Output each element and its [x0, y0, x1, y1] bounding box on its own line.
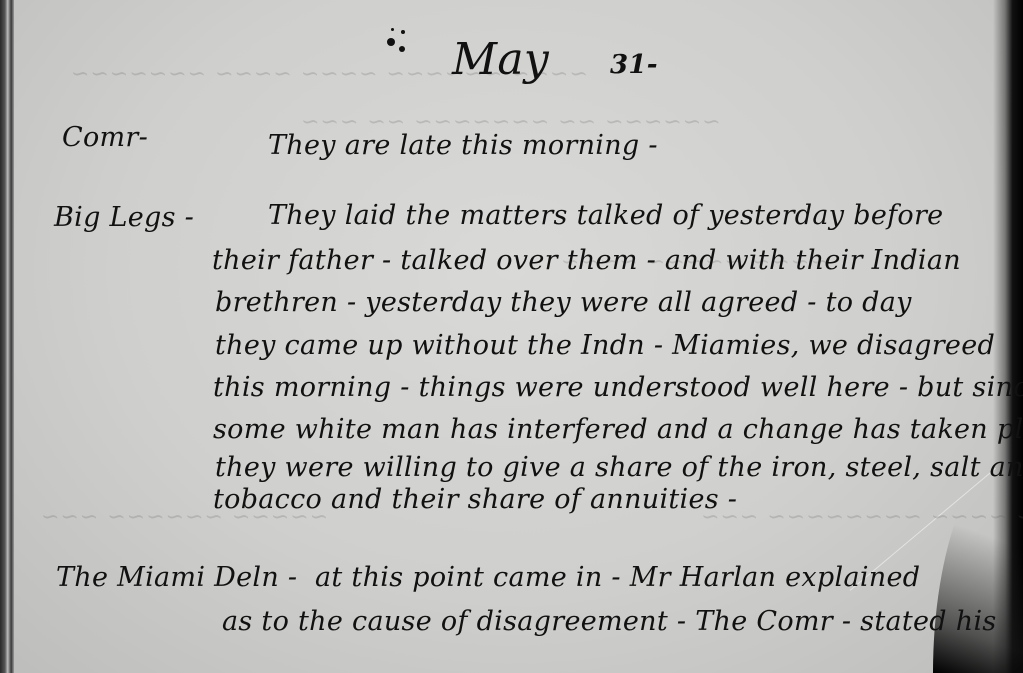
- manuscript-page: ~~~~ ~~~~~~ ~~~~ ~~~~ ~~~~~~~ ~~~~~~ ~~ …: [0, 0, 1023, 673]
- speaker-label: Big Legs -: [54, 202, 194, 233]
- heading-month: May: [452, 34, 549, 85]
- text-line: their father - talked over them - and wi…: [212, 245, 961, 276]
- speaker-label: The Miami Deln -: [56, 562, 297, 593]
- text-line: at this point came in - Mr Harlan explai…: [315, 562, 920, 593]
- binding-edge: [0, 0, 14, 673]
- text-line: as to the cause of disagreement - The Co…: [222, 606, 997, 637]
- text-line: they were willing to give a share of the…: [215, 452, 1023, 483]
- bleed-through-text: ~~~~~~ ~~~~ ~~~~~~~~ ~~~: [700, 505, 1023, 530]
- ink-blots: [385, 28, 415, 68]
- heading-day: 31-: [610, 50, 658, 80]
- text-line: some white man has interfered and a chan…: [213, 414, 1023, 445]
- text-line: they came up without the Indn - Miamies,…: [215, 330, 995, 361]
- text-line: tobacco and their share of annuities -: [213, 484, 737, 515]
- text-line: They laid the matters talked of yesterda…: [268, 200, 943, 231]
- speaker-label: Comr-: [62, 122, 148, 153]
- text-line: this morning - things were understood we…: [213, 372, 1023, 403]
- text-line: brethren - yesterday they were all agree…: [215, 287, 912, 318]
- text-line: They are late this morning -: [268, 130, 658, 161]
